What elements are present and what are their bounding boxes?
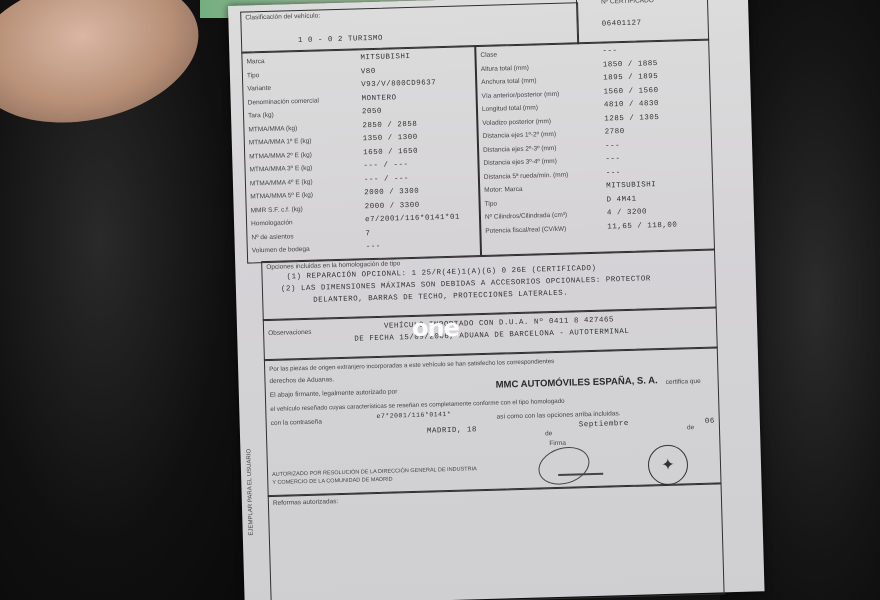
field-value: MITSUBISHI	[360, 53, 410, 62]
classification-value: 1 0 - 0 2 TURISMO	[298, 35, 383, 45]
field-label: MTMA/MMA (kg)	[248, 125, 297, 133]
field-value: ---	[606, 169, 621, 177]
field-label: Anchura total (mm)	[481, 77, 536, 86]
declaration-line-5-suffix: así como con las opciones arriba incluid…	[496, 410, 620, 420]
field-label: Nº de asientos	[251, 233, 293, 241]
field-value: ---	[605, 155, 620, 163]
field-label: Tipo	[485, 200, 498, 207]
field-value: V80	[361, 67, 376, 75]
field-value: 11,65 / 118,00	[607, 221, 677, 231]
data-grid: MarcaMITSUBISHITipoV80VarianteV93/V/800C…	[241, 39, 715, 264]
field-label: Potencia fiscal/real (CV/kW)	[485, 225, 566, 234]
declaration-line-4: el vehículo reseñado cuyas característic…	[270, 398, 565, 413]
field-label: Altura total (mm)	[481, 64, 529, 72]
year: 06	[705, 418, 715, 426]
field-value: 1895 / 1895	[603, 73, 658, 83]
declaration-section: Por las piezas de origen extranjero inco…	[264, 346, 722, 497]
field-value: MONTERO	[362, 94, 397, 103]
field-value: 1560 / 1560	[603, 87, 658, 97]
authorization-line-2: Y COMERCIO DE LA COMUNIDAD DE MADRID	[272, 477, 392, 486]
field-value: 4810 / 4830	[604, 100, 659, 110]
watermark-logo: one	[412, 314, 459, 342]
field-value: 2050	[362, 108, 382, 117]
field-value: 2000 / 3300	[365, 201, 420, 211]
certificate-number-label: Nº CERTIFICADO	[601, 0, 654, 6]
field-value: V93/V/800CD9637	[361, 79, 436, 89]
options-label: Opciones incluidas en la homologación de…	[266, 260, 400, 271]
declaration-line-3-prefix: El abajo firmante, legalmente autorizado…	[270, 388, 398, 399]
declaration-line-5-prefix: con la contraseña	[271, 419, 322, 427]
place: MADRID,	[427, 427, 462, 436]
field-label: MTMA/MMA 1º E (kg)	[249, 138, 312, 147]
field-label: Nº Cilindros/Cilindrada (cm³)	[485, 212, 567, 221]
field-value: 1285 / 1305	[604, 114, 659, 124]
observations-label: Observaciones	[268, 329, 312, 337]
classification-label: Clasificación del vehículo:	[245, 12, 320, 21]
field-label: Variante	[247, 85, 271, 93]
field-label: Clase	[480, 52, 497, 59]
field-value: MITSUBISHI	[606, 181, 656, 190]
field-value: --- / ---	[364, 175, 409, 184]
field-label: Homologación	[251, 219, 293, 227]
vehicle-certificate: Clasificación del vehículo: 1 0 - 0 2 TU…	[228, 0, 765, 600]
field-label: Distancia 5ª rueda/mín. (mm)	[484, 171, 569, 180]
day: 18	[467, 426, 477, 434]
field-value: 4 / 3200	[607, 208, 647, 217]
field-value: 1850 / 1885	[603, 60, 658, 70]
certificate-number-box: Nº CERTIFICADO 06401127	[576, 0, 709, 44]
field-value: 7	[365, 230, 370, 238]
reformas-section: Reformas autorizadas:	[268, 482, 725, 600]
field-value: e7/2001/116*0141*01	[365, 214, 460, 225]
declaration-line-2: derechos de Aduanas.	[269, 376, 334, 385]
field-label: Vía anterior/posterior (mm)	[482, 90, 560, 99]
de-2: de	[687, 424, 694, 431]
field-label: Volumen de bodega	[252, 246, 310, 255]
reformas-label: Reformas autorizadas:	[273, 498, 339, 507]
field-value: 1650 / 1650	[363, 147, 418, 157]
field-value: 2780	[605, 128, 625, 137]
field-value: 2000 / 3300	[364, 188, 419, 198]
company-name: MMC AUTOMÓVILES ESPAÑA, S. A.	[496, 375, 658, 391]
field-label: Motor: Marca	[484, 186, 522, 194]
field-label: Denominación comercial	[248, 97, 319, 106]
field-value: D 4M41	[606, 195, 636, 204]
field-label: Distancia ejes 2º-3º (mm)	[483, 144, 557, 153]
field-value: --- / ---	[363, 161, 408, 170]
certificate-number: 06401127	[602, 19, 642, 28]
field-value: ---	[602, 47, 617, 55]
month: Septiembre	[579, 420, 629, 429]
homologation-reference: e7*2001/116*0141*	[376, 411, 451, 420]
side-text: EJEMPLAR PARA EL USUARIO	[242, 275, 261, 535]
field-label: Tipo	[247, 72, 260, 79]
field-value: 2850 / 2858	[362, 120, 417, 130]
declaration-line-1: Por las piezas de origen extranjero inco…	[269, 358, 554, 373]
mitsubishi-stamp-icon: ✦	[647, 444, 688, 485]
field-label: Distancia ejes 3º-4º (mm)	[483, 158, 557, 167]
field-label: MTMA/MMA 4º E (kg)	[250, 178, 313, 187]
field-label: Voladizo posterior (mm)	[482, 118, 551, 127]
field-label: Longitud total (mm)	[482, 104, 538, 113]
field-label: MMR S.F. c.f. (kg)	[251, 205, 303, 213]
field-label: Tara (kg)	[248, 112, 274, 120]
de-1: de	[545, 430, 552, 437]
signature-label: Firma	[549, 440, 566, 447]
field-label: MTMA/MMA 3º E (kg)	[249, 165, 312, 174]
declaration-line-3-suffix: certifica que	[666, 378, 701, 386]
field-label: Marca	[246, 58, 264, 66]
field-value: ---	[366, 243, 381, 251]
field-value: ---	[605, 142, 620, 150]
options-line-3: DELANTERO, BARRAS DE TECHO, PROTECCIONES…	[313, 290, 568, 305]
field-label: MTMA/MMA 5º E (kg)	[250, 192, 313, 201]
signature	[534, 441, 594, 490]
field-value: 1350 / 1300	[363, 134, 418, 144]
field-label: MTMA/MMA 2º E (kg)	[249, 151, 312, 160]
field-label: Distancia ejes 1º-2º (mm)	[483, 131, 557, 140]
